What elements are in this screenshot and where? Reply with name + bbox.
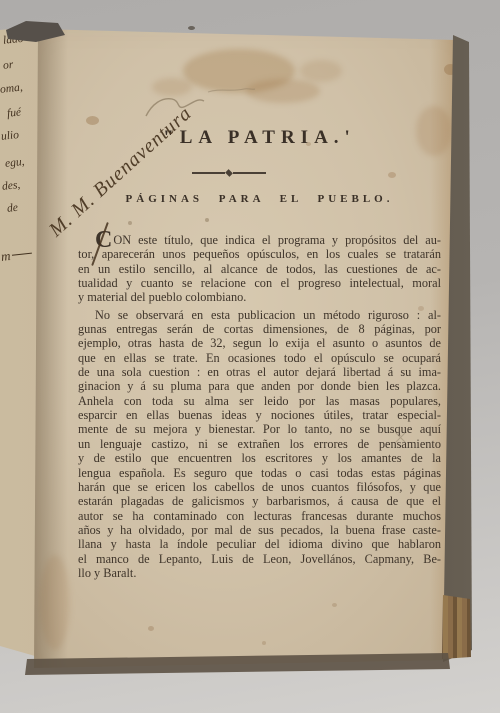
- text-line: Anhela con toda su alma ser leido por la…: [78, 394, 441, 408]
- stain: [300, 60, 342, 82]
- text-line: ejemplo, otras hasta de 32, segun lo exi…: [78, 336, 441, 350]
- text-line: lengua española. Es seguro que todas o c…: [78, 466, 441, 480]
- text-line: llana y hasta la índole peculiar del idi…: [78, 537, 441, 551]
- text-line: esparcir en ellas buenas ideas y nocione…: [78, 408, 441, 422]
- text-line: años y ha olvidado, por mal de sus pecad…: [78, 523, 441, 537]
- margin-handwriting: m: [0, 245, 37, 265]
- margin-handwriting: or: [2, 56, 39, 72]
- speck: [128, 221, 132, 225]
- body-text: CON este título, que indica el programa …: [78, 233, 441, 580]
- text-line: autor se ha contaminado con lecturas fra…: [78, 509, 441, 523]
- text-line: tor, aparecerán unos pequeños opúsculos,…: [78, 247, 441, 261]
- text-line: el manco de Lepanto, Luis de Leon, Jovel…: [78, 552, 441, 566]
- paragraph: No se observará en esta publicacion un m…: [78, 308, 441, 581]
- divider-ornament: [192, 169, 266, 177]
- text-line: gunas entregas serán de cortas dimension…: [78, 322, 441, 336]
- speck: [148, 626, 154, 631]
- text-line: un lenguaje castizo, ni se extrañen los …: [78, 437, 441, 451]
- stain: [152, 78, 192, 96]
- owner-signature: M. M. Buenaventura: [45, 81, 220, 242]
- text-line: de una sola cuestion : en otras el autor…: [78, 365, 441, 379]
- stain: [40, 555, 70, 650]
- divider-rule: [233, 172, 266, 173]
- text-line: harán que se ericen los cabellos de unos…: [78, 480, 441, 494]
- speck: [332, 603, 337, 607]
- margin-handwriting: oma,: [0, 80, 37, 96]
- margin-handwriting: ulio: [0, 127, 37, 143]
- text-line: que en ellas se trate. En ocasiones todo…: [78, 351, 441, 365]
- text-line: y de estilo que encuentren los escritore…: [78, 451, 441, 465]
- text-line: y material del pueblo colombiano.: [78, 290, 441, 304]
- paragraph: CON este título, que indica el programa …: [78, 233, 441, 305]
- text-line-content: ON este título, que indica el programa y…: [113, 233, 441, 247]
- book-photo: lado or oma, fué ulio egu, des, de m: [0, 0, 500, 713]
- book-page: "LA PATRIA.' PÁGINAS PARA EL PUEBLO. CON…: [0, 0, 500, 713]
- book-subtitle: PÁGINAS PARA EL PUEBLO.: [78, 193, 441, 205]
- text-line: mente de su mejora y bienestar. Por lo t…: [78, 422, 441, 436]
- speck: [388, 172, 396, 178]
- speck: [262, 641, 266, 645]
- text-line: en un estilo sencillo, al alcance de tod…: [78, 262, 441, 276]
- divider-rule: [192, 172, 225, 173]
- text-line: tualidad y cuanto se relacione con el pr…: [78, 276, 441, 290]
- text-line: CON este título, que indica el programa …: [78, 233, 441, 247]
- margin-handwriting: des,: [1, 177, 38, 193]
- text-line: llo y Baralt.: [78, 566, 441, 580]
- margin-handwriting: egu,: [4, 154, 41, 170]
- divider-diamond-icon: [225, 169, 233, 177]
- text-line: estarán plagadas de galicismos y barbari…: [78, 494, 441, 508]
- stain: [246, 79, 320, 103]
- speck: [86, 116, 99, 125]
- text-line: ginacion y á su pluma para que anden por…: [78, 379, 441, 393]
- speck: [205, 218, 209, 222]
- text-line: No se observará en esta publicacion un m…: [78, 308, 441, 322]
- edge-notch: [188, 26, 195, 30]
